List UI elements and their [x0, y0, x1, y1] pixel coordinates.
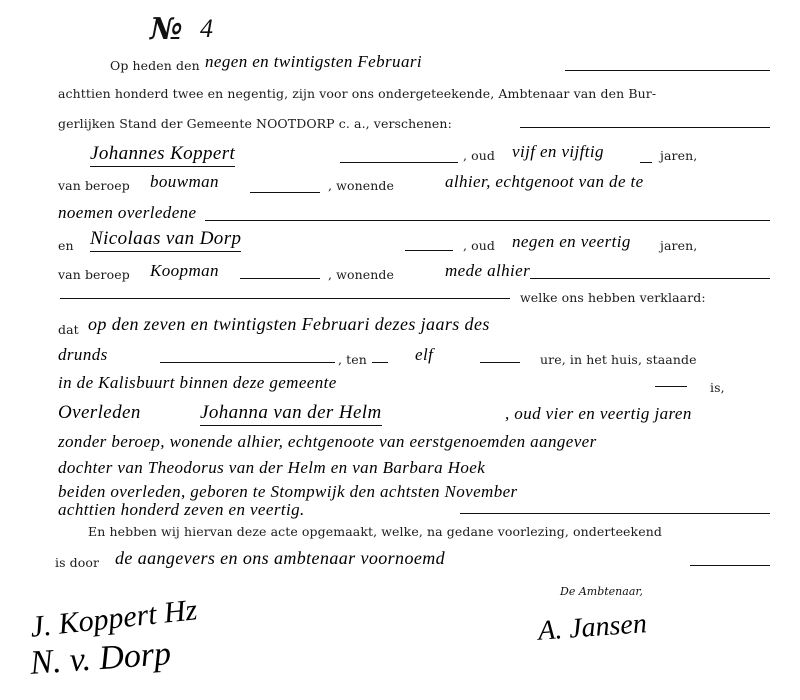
that-label: dat [58, 322, 79, 337]
years-label: jaren, [660, 148, 697, 163]
fill-line [460, 513, 770, 514]
official-title: De Ambtenaar, [560, 585, 643, 598]
death-daypart: drunds [58, 345, 108, 365]
line1-print: Op heden den [110, 58, 200, 73]
death-hour: elf [415, 345, 433, 365]
fill-line [640, 162, 652, 163]
witness2-residence: mede alhier [445, 261, 530, 281]
fill-line [205, 220, 770, 221]
witness1-signature: J. Koppert Hz [29, 593, 199, 644]
fill-line [530, 278, 770, 279]
fill-line [250, 192, 320, 193]
witness1-age: vijf en vijftig [512, 142, 604, 162]
fill-line [405, 250, 453, 251]
and-label: en [58, 238, 74, 253]
residence-label: , wonende [328, 178, 394, 193]
closing-statement: En hebben wij hiervan deze acte opgemaak… [88, 524, 662, 539]
deceased-name: Johanna van der Helm [200, 402, 382, 426]
line2-print: achttien honderd twee en negentig, zijn … [58, 86, 656, 101]
signed-by: de aangevers en ons ambtenaar voornoemd [115, 548, 445, 569]
witness2-name: Nicolaas van Dorp [90, 228, 241, 252]
fill-line [565, 70, 770, 71]
residence-label: , wonende [328, 267, 394, 282]
fill-line [480, 362, 520, 363]
fill-line [372, 362, 388, 363]
age-label: , oud [463, 148, 495, 163]
deceased-birth: beiden overleden, geboren te Stompwijk d… [58, 482, 518, 502]
hour-house-label: ure, in het huis, staande [540, 352, 697, 367]
number-symbol: № [150, 12, 183, 47]
fill-line [240, 278, 320, 279]
deceased-label: Overleden [58, 402, 141, 424]
age-label: , oud [463, 238, 495, 253]
fill-line [690, 565, 770, 566]
official-signature: A. Jansen [537, 608, 648, 648]
signed-by-label: is door [55, 555, 99, 570]
profession-label: van beroep [58, 178, 130, 193]
deceased-details: zonder beroep, wonende alhier, echtgenoo… [58, 432, 597, 452]
death-date: op den zeven en twintigsten Februari dez… [88, 314, 490, 335]
witness2-age: negen en veertig [512, 232, 631, 252]
certificate-number: 4 [200, 14, 213, 44]
witness2-profession: Koopman [150, 261, 219, 281]
deceased-age: , oud vier en veertig jaren [505, 404, 692, 424]
witness1-residence-cont: noemen overledene [58, 203, 196, 223]
fill-line [160, 362, 335, 363]
death-location: in de Kalisbuurt binnen deze gemeente [58, 373, 337, 393]
witness1-residence: alhier, echtgenoot van de te [445, 172, 644, 192]
declared-label: welke ons hebben verklaard: [520, 290, 706, 305]
witness1-profession: bouwman [150, 172, 219, 192]
fill-line [340, 162, 458, 163]
fill-line [655, 386, 687, 387]
years-label: jaren, [660, 238, 697, 253]
deceased-parents: dochter van Theodorus van der Helm en va… [58, 458, 485, 478]
certificate-page: № 4 Op heden den negen en twintigsten Fe… [0, 0, 800, 700]
date-written: negen en twintigsten Februari [205, 52, 422, 72]
fill-line [520, 127, 770, 128]
profession-label: van beroep [58, 267, 130, 282]
deceased-birth-year: achttien honderd zeven en veertig. [58, 500, 305, 520]
fill-line [60, 298, 510, 299]
witness1-name: Johannes Koppert [90, 143, 235, 167]
at-label: , ten [338, 352, 367, 367]
is-label: is, [710, 380, 725, 395]
line3-print: gerlijken Stand der Gemeente NOOTDORP c.… [58, 116, 452, 131]
